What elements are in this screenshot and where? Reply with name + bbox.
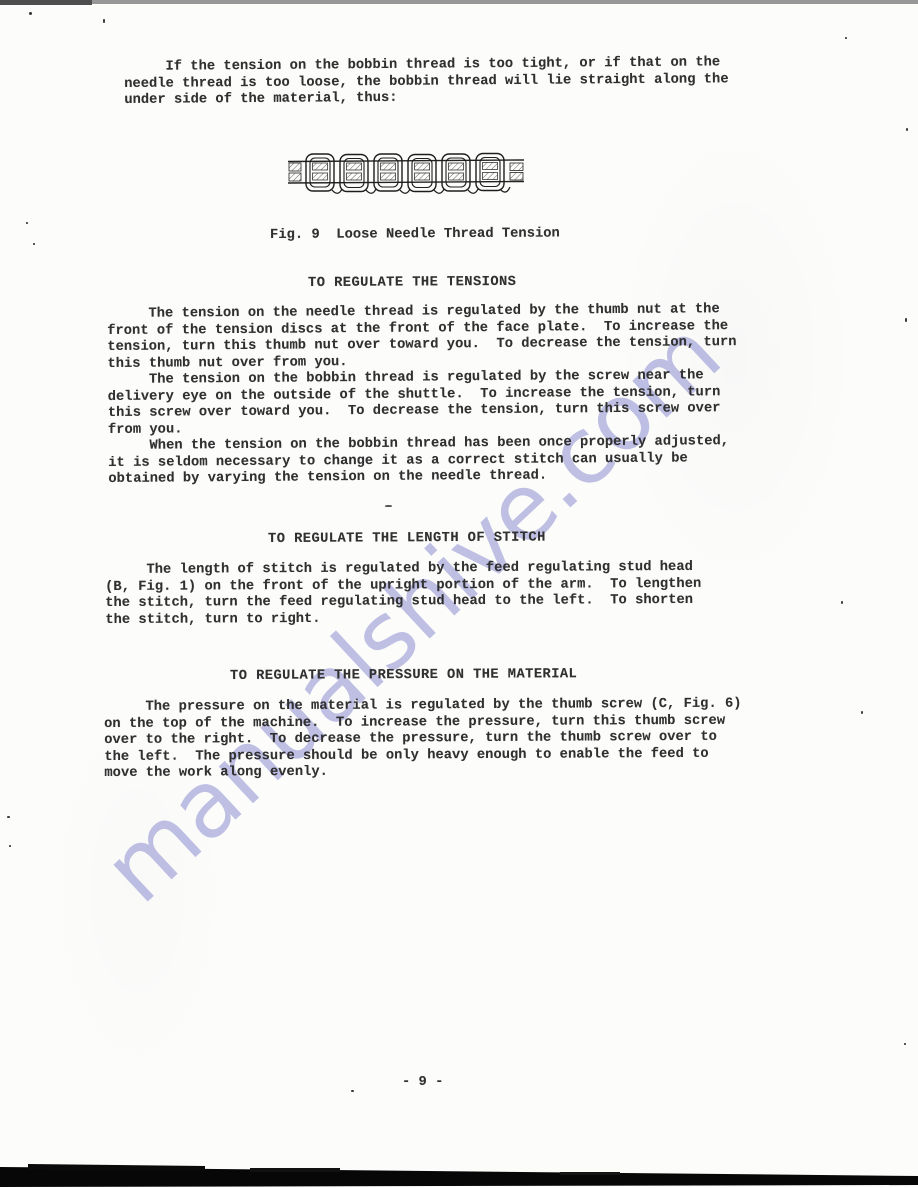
scan-speck xyxy=(841,601,843,604)
section-tensions-body: The tension on the needle thread is regu… xyxy=(107,302,738,488)
paragraph-needle-tension: The tension on the needle thread is regu… xyxy=(107,302,737,373)
paragraph-tension-adjusted: When the tension on the bobbin thread ha… xyxy=(108,434,738,488)
scan-speck xyxy=(905,318,907,322)
scan-speck xyxy=(351,1090,354,1092)
scan-speck xyxy=(906,128,908,131)
scan-speck xyxy=(33,243,35,245)
section-pressure-body: The pressure on the material is regulate… xyxy=(104,697,742,783)
scan-speck xyxy=(7,816,10,818)
scan-speck xyxy=(9,845,11,847)
section-length-body: The length of stitch is regulated by the… xyxy=(105,560,701,629)
scan-edge-top xyxy=(0,0,918,4)
paragraph-pressure: The pressure on the material is regulate… xyxy=(104,697,742,783)
scan-speck xyxy=(26,222,28,224)
stray-dash-mark xyxy=(385,505,392,507)
page-number: - 9 - xyxy=(402,1075,443,1092)
scan-speck xyxy=(904,1043,906,1045)
scan-speck xyxy=(861,711,863,714)
figure-caption: Fig. 9 Loose Needle Thread Tension xyxy=(270,226,560,244)
intro-paragraph: If the tension on the bobbin thread is t… xyxy=(124,55,729,109)
scan-edge-top-left xyxy=(0,0,92,5)
scan-speck xyxy=(29,12,32,15)
stitch-figure-drawing xyxy=(286,148,526,198)
stitch-figure xyxy=(286,148,526,198)
section-heading-tensions: TO REGULATE THE TENSIONS xyxy=(308,275,516,293)
scan-speck xyxy=(103,19,105,23)
section-heading-length-of-stitch: TO REGULATE THE LENGTH OF STITCH xyxy=(268,531,546,549)
paragraph-bobbin-tension: The tension on the bobbin thread is regu… xyxy=(108,368,738,439)
section-heading-pressure: TO REGULATE THE PRESSURE ON THE MATERIAL xyxy=(230,667,577,685)
scan-edge-bottom xyxy=(0,1160,918,1188)
paragraph-length-of-stitch: The length of stitch is regulated by the… xyxy=(105,560,701,629)
scan-speck xyxy=(845,37,847,39)
